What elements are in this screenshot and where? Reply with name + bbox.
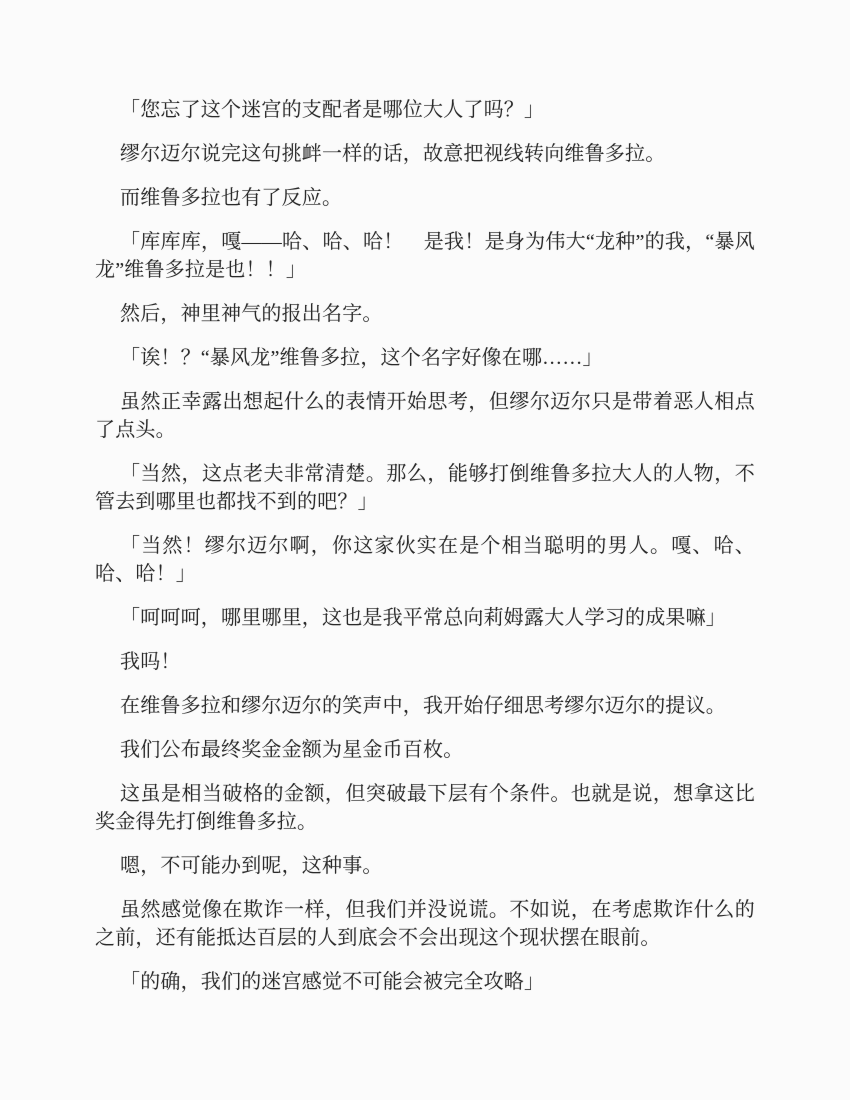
- paragraph: 虽然正幸露出想起什么的表情开始思考，但缪尔迈尔只是带着恶人相点了点头。: [95, 388, 755, 444]
- paragraph: 「诶！？“暴风龙”维鲁多拉，这个名字好像在哪……」: [95, 344, 755, 372]
- paragraph: 「当然！缪尔迈尔啊，你这家伙实在是个相当聪明的男人。嘎、哈、哈、哈！」: [95, 532, 755, 588]
- paragraph: 「当然，这点老夫非常清楚。那么，能够打倒维鲁多拉大人的人物，不管去到哪里也都找不…: [95, 460, 755, 516]
- page-background: { "page": { "background_color": "#fbfbfb…: [0, 0, 850, 1100]
- paragraph: 缪尔迈尔说完这句挑衅一样的话，故意把视线转向维鲁多拉。: [95, 140, 755, 168]
- paragraph: 我们公布最终奖金金额为星金币百枚。: [95, 736, 755, 764]
- paragraph: 在维鲁多拉和缪尔迈尔的笑声中，我开始仔细思考缪尔迈尔的提议。: [95, 692, 755, 720]
- novel-page: 「您忘了这个迷宫的支配者是哪位大人了吗？」 缪尔迈尔说完这句挑衅一样的话，故意把…: [0, 0, 850, 1100]
- paragraph: 然后，神里神气的报出名字。: [95, 300, 755, 328]
- paragraph: 「您忘了这个迷宫的支配者是哪位大人了吗？」: [95, 96, 755, 124]
- paragraph: 这虽是相当破格的金额，但突破最下层有个条件。也就是说，想拿这比奖金得先打倒维鲁多…: [95, 780, 755, 836]
- paragraph: 而维鲁多拉也有了反应。: [95, 184, 755, 212]
- paragraph: 「的确，我们的迷宫感觉不可能会被完全攻略」: [95, 968, 755, 996]
- paragraph: 我吗！: [95, 648, 755, 676]
- paragraph: 「呵呵呵，哪里哪里，这也是我平常总向莉姆露大人学习的成果嘛」: [95, 604, 755, 632]
- paragraph: 嗯，不可能办到呢，这种事。: [95, 852, 755, 880]
- paragraph: 「库库库，嘎——哈、哈、哈！ 是我！是身为伟大“龙种”的我，“暴风龙”维鲁多拉是…: [95, 228, 755, 284]
- paragraph: 虽然感觉像在欺诈一样，但我们并没说谎。不如说，在考虑欺诈什么的之前，还有能抵达百…: [95, 896, 755, 952]
